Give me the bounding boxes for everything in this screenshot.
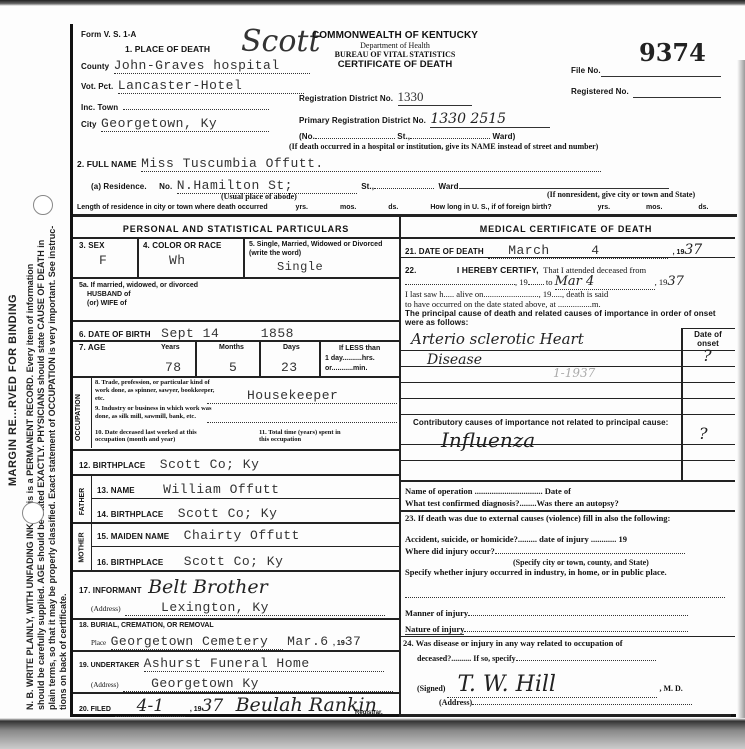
manner-label: Manner of injury: [405, 608, 688, 618]
margin-instruction-2: should be carefully supplied. AGE should…: [36, 70, 47, 710]
burial-year-value: 37: [345, 634, 362, 649]
scan-edge-right: [737, 60, 745, 720]
cause-onset-value: ?: [703, 346, 712, 365]
days-value: 23: [281, 360, 298, 375]
state-header: COMMONWEALTH OF KENTUCKY: [305, 30, 485, 41]
nonresident-note: (If nonresident, give city or town and S…: [547, 190, 695, 199]
industry-value: [207, 422, 397, 423]
usual-abode-note: (Usual place of abode): [221, 192, 297, 201]
informant-address-value: Lexington, Ky: [125, 600, 385, 616]
specify-place-note: (Specify city or town, county, and State…: [513, 558, 649, 567]
industry-injury-line: [405, 597, 725, 598]
registered-no-label: Registered No.: [571, 87, 629, 96]
punch-hole-icon: [33, 195, 53, 215]
sex-label: 3. SEX: [79, 241, 105, 250]
age-label: 7. AGE: [79, 343, 106, 352]
scan-edge-bottom: [0, 718, 745, 749]
birthplace-field: 12. BIRTHPLACE Scott Co; Ky: [79, 455, 259, 473]
inc-town-value: [123, 100, 269, 110]
city-field: City Georgetown, Ky: [81, 114, 269, 132]
occupation-related-label: 24. Was disease or injury in any way rel…: [403, 638, 623, 648]
registered-no-line: [633, 97, 721, 98]
last-saw-text: I last saw h..... alive on..............…: [405, 289, 608, 299]
certificate-title: CERTIFICATE OF DEATH: [305, 59, 485, 70]
medical-header: MEDICAL CERTIFICATE OF DEATH: [401, 224, 731, 234]
margin-instruction-1: N. B. WRITE PLAINLY, WITH UNFADING INK—T…: [25, 70, 36, 710]
date-of-death-year: 37: [684, 242, 702, 258]
sex-value: F: [99, 253, 107, 268]
informant-address-field: (Address) Lexington, Ky: [91, 598, 385, 616]
physician-signature: T. W. Hill: [447, 672, 657, 698]
spouse-field: 5a. If married, widowed, or divorced HUS…: [79, 281, 198, 308]
informant-field: 17. INFORMANT Belt Brother: [79, 576, 268, 598]
father-birthplace-value: Scott Co; Ky: [178, 506, 278, 521]
cause-note: 1-1937: [553, 366, 595, 380]
inc-town-field: Inc. Town: [81, 97, 269, 115]
race-value: Wh: [169, 253, 186, 268]
county-value: John-Graves hospital: [114, 58, 310, 74]
street-fields: (No. St., Ward): [299, 132, 515, 141]
place-of-death-label: 1. PLACE OF DEATH: [125, 44, 210, 54]
operation-label: Name of operation ......................…: [405, 486, 571, 496]
deceased-specify-field: deceased?.......... If so, specify: [417, 654, 656, 663]
city-value: Georgetown, Ky: [101, 116, 269, 132]
filed-year-value: 37: [202, 696, 224, 716]
principal-cause-label: The principal cause of death and related…: [405, 309, 735, 327]
file-no-line: [601, 76, 721, 77]
months-value: 5: [229, 360, 237, 375]
file-number-value: 9374: [639, 38, 706, 67]
less-than-field: If LESS than 1 day..........hrs. or.....…: [325, 344, 380, 374]
full-name-value: Miss Tuscumbia Offutt.: [141, 156, 601, 172]
attended-year-value: 37: [667, 274, 684, 289]
undertaker-value: Ashurst Funeral Home: [144, 656, 384, 672]
external-causes-label: 23. If death was due to external causes …: [405, 514, 733, 523]
burial-place-value: Georgetown Cemetery: [111, 634, 283, 650]
mother-side-label: MOTHER: [79, 532, 86, 562]
accident-label: Accident, suicide, or homicide?.........…: [405, 534, 627, 544]
trade-label: 8. Trade, profession, or particular kind…: [95, 379, 215, 403]
registration-district-value: 1330: [398, 89, 472, 106]
where-label: Where did injury occur?: [405, 546, 685, 556]
industry-label: 9. Industry or business in which work wa…: [95, 405, 215, 421]
mother-maiden-field: 15. MAIDEN NAME Chairty Offutt: [97, 526, 300, 544]
occupation-side-label: OCCUPATION: [75, 394, 82, 441]
father-side-label: FATHER: [79, 488, 86, 515]
date-of-birth-value: Sept 14 1858: [161, 326, 294, 341]
vot-pct-value: Lancaster-Hotel: [118, 78, 304, 94]
father-birthplace-field: 14. BIRTHPLACE Scott Co; Ky: [97, 504, 277, 522]
total-time-label: 11. Total time (years) spent in this occ…: [259, 429, 349, 443]
mother-birthplace-field: 16. BIRTHPLACE Scott Co; Ky: [97, 552, 283, 570]
county-field: County John-Graves hospital: [81, 56, 310, 74]
registration-district-field: Registration District No. 1330: [299, 88, 472, 106]
vot-pct-field: Vot. Pct. Lancaster-Hotel: [81, 76, 304, 94]
punch-hole-icon: [22, 502, 44, 524]
signed-field: (Signed) T. W. Hill , M. D.: [417, 672, 683, 698]
registrar-label: Registrar.: [355, 710, 383, 716]
trade-value: Housekeeper: [207, 388, 397, 404]
years-value: 78: [165, 360, 182, 375]
industry-injury-label: Specify whether injury occurred in indus…: [405, 568, 733, 577]
days-label: Days: [283, 344, 300, 351]
physician-address-field: (Address): [439, 698, 692, 707]
margin-instruction-4: tions on back of certificate.: [58, 70, 69, 710]
file-no-label: File No.: [571, 66, 601, 75]
margin-title: MARGIN RE...RVED FOR BINDING: [8, 70, 19, 710]
mother-maiden-value: Chairty Offutt: [184, 528, 300, 543]
nature-label: Nature of injury: [405, 624, 688, 634]
margin-instruction-3: plain terms, so that it may be properly …: [47, 70, 58, 710]
personal-header: PERSONAL AND STATISTICAL PARTICULARS: [73, 224, 399, 234]
department-name: Department of Health: [305, 41, 485, 50]
primary-registration-value: 1330 2515: [430, 111, 550, 128]
contributory-label: Contributory causes of importance not re…: [413, 418, 668, 427]
bureau-name: BUREAU OF VITAL STATISTICS: [305, 50, 485, 59]
years-label: Years: [161, 344, 180, 351]
scan-edge-top: [0, 0, 745, 6]
test-label: What test confirmed diagnosis?........Wa…: [405, 498, 619, 508]
occurred-text: to have occurred on the date stated abov…: [405, 299, 601, 309]
primary-registration-field: Primary Registration District No. 1330 2…: [299, 110, 550, 128]
undertaker-address-value: Georgetown Ky: [123, 676, 393, 692]
hospital-note: (If death occurred in a hospital or inst…: [289, 142, 598, 151]
burial-date-value: Mar.6: [287, 634, 329, 649]
full-name-field: 2. FULL NAME Miss Tuscumbia Offutt.: [77, 154, 601, 172]
marital-value: Single: [277, 260, 323, 274]
father-name-field: 13. NAME William Offutt: [97, 480, 279, 498]
contributory-value: Influenza: [441, 428, 535, 452]
filed-field: 20. FILED 4-1 , 1937 Beulah Rankin: [79, 694, 377, 717]
cause-line-1: Arterio sclerotic Heart: [411, 330, 584, 348]
length-of-residence: Length of residence in city or town wher…: [77, 204, 708, 211]
binding-margin: MARGIN RE...RVED FOR BINDING N. B. WRITE…: [8, 70, 69, 710]
undertaker-address-field: (Address) Georgetown Ky: [91, 674, 393, 692]
last-worked-label: 10. Date deceased last worked at this oc…: [95, 429, 205, 443]
attended-dates: , 19 to Mar 4, 1937: [405, 274, 684, 290]
marital-label: 5. Single, Married, Widowed or Divorced …: [249, 240, 399, 258]
birthplace-value: Scott Co; Ky: [160, 457, 260, 472]
race-label: 4. COLOR OR RACE: [143, 241, 222, 250]
burial-label: 18. BURIAL, CREMATION, OR REMOVAL: [79, 622, 214, 629]
undertaker-field: 19. UNDERTAKER Ashurst Funeral Home: [79, 654, 384, 672]
death-certificate-form: Form V. S. 1-A Scott 1. PLACE OF DEATH C…: [70, 24, 736, 717]
burial-place-field: Place Georgetown Cemetery Mar.6 , 1937: [91, 632, 361, 650]
form-number: Form V. S. 1-A: [81, 30, 136, 39]
attended-to-value: Mar 4: [555, 274, 655, 290]
months-label: Months: [219, 344, 244, 351]
mother-birthplace-value: Scott Co; Ky: [184, 554, 284, 569]
certificate-header: COMMONWEALTH OF KENTUCKY Department of H…: [305, 30, 485, 70]
informant-value: Belt Brother: [148, 576, 268, 598]
filed-value: 4-1: [115, 696, 185, 717]
father-name-value: William Offutt: [163, 482, 279, 497]
contributory-onset-value: ?: [699, 424, 708, 443]
